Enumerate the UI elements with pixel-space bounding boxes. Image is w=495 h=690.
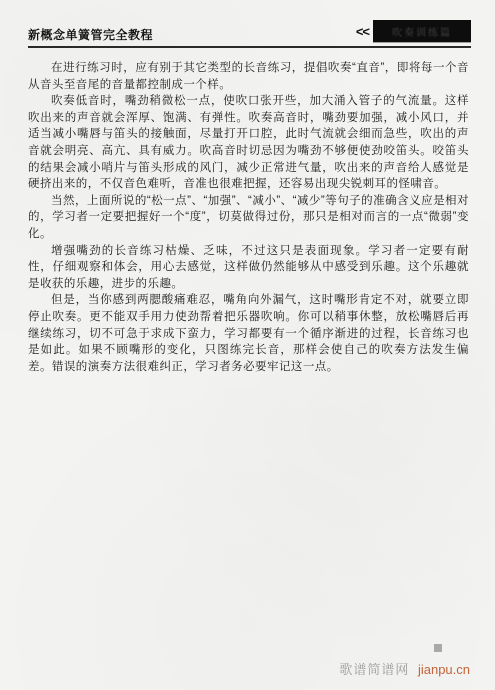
watermark-square-icon	[434, 644, 442, 652]
section-label-box: 吹奏训练篇	[373, 20, 471, 42]
paragraph: 吹奏低音时，嘴劲稍微松一点，使吹口张开些，加大涌入管子的气流量。这样吹出来的声音…	[28, 93, 469, 193]
book-title: 新概念单簧管完全教程	[28, 26, 153, 43]
section-label: 吹奏训练篇	[392, 24, 452, 39]
scanned-book-page: 新概念单簧管完全教程 << 吹奏训练篇 在进行练习时，应有别于其它类型的长音练习…	[0, 0, 495, 690]
double-left-arrow-icon: <<	[356, 24, 369, 39]
paragraph: 在进行练习时，应有别于其它类型的长音练习，提倡吹奏“直音”，即将每一个音从音头至…	[28, 60, 469, 93]
watermark: 歌谱简谱网 jianpu.cn	[339, 641, 470, 678]
paragraph: 增强嘴劲的长音练习枯燥、乏味，不过这只是表面现象。学习者一定要有耐性，仔细观察和…	[28, 243, 469, 293]
header-divider	[28, 46, 471, 48]
body-text: 在进行练习时，应有别于其它类型的长音练习，提倡吹奏“直音”，即将每一个音从音头至…	[28, 60, 469, 375]
paragraph: 当然，上面所说的“松一点”、“加强”、“减小”、“减少”等句子的准确含义应是相对…	[28, 193, 469, 243]
page-header: 新概念单簧管完全教程 << 吹奏训练篇	[28, 20, 471, 48]
header-section-area: << 吹奏训练篇	[356, 20, 471, 42]
paragraph: 但是，当你感到两腮酸痛难忍，嘴角向外漏气，这时嘴形肯定不对，就要立即停止吹奏。更…	[28, 292, 469, 375]
watermark-site-name: 歌谱简谱网	[339, 662, 409, 677]
watermark-site-url: jianpu.cn	[418, 662, 470, 677]
